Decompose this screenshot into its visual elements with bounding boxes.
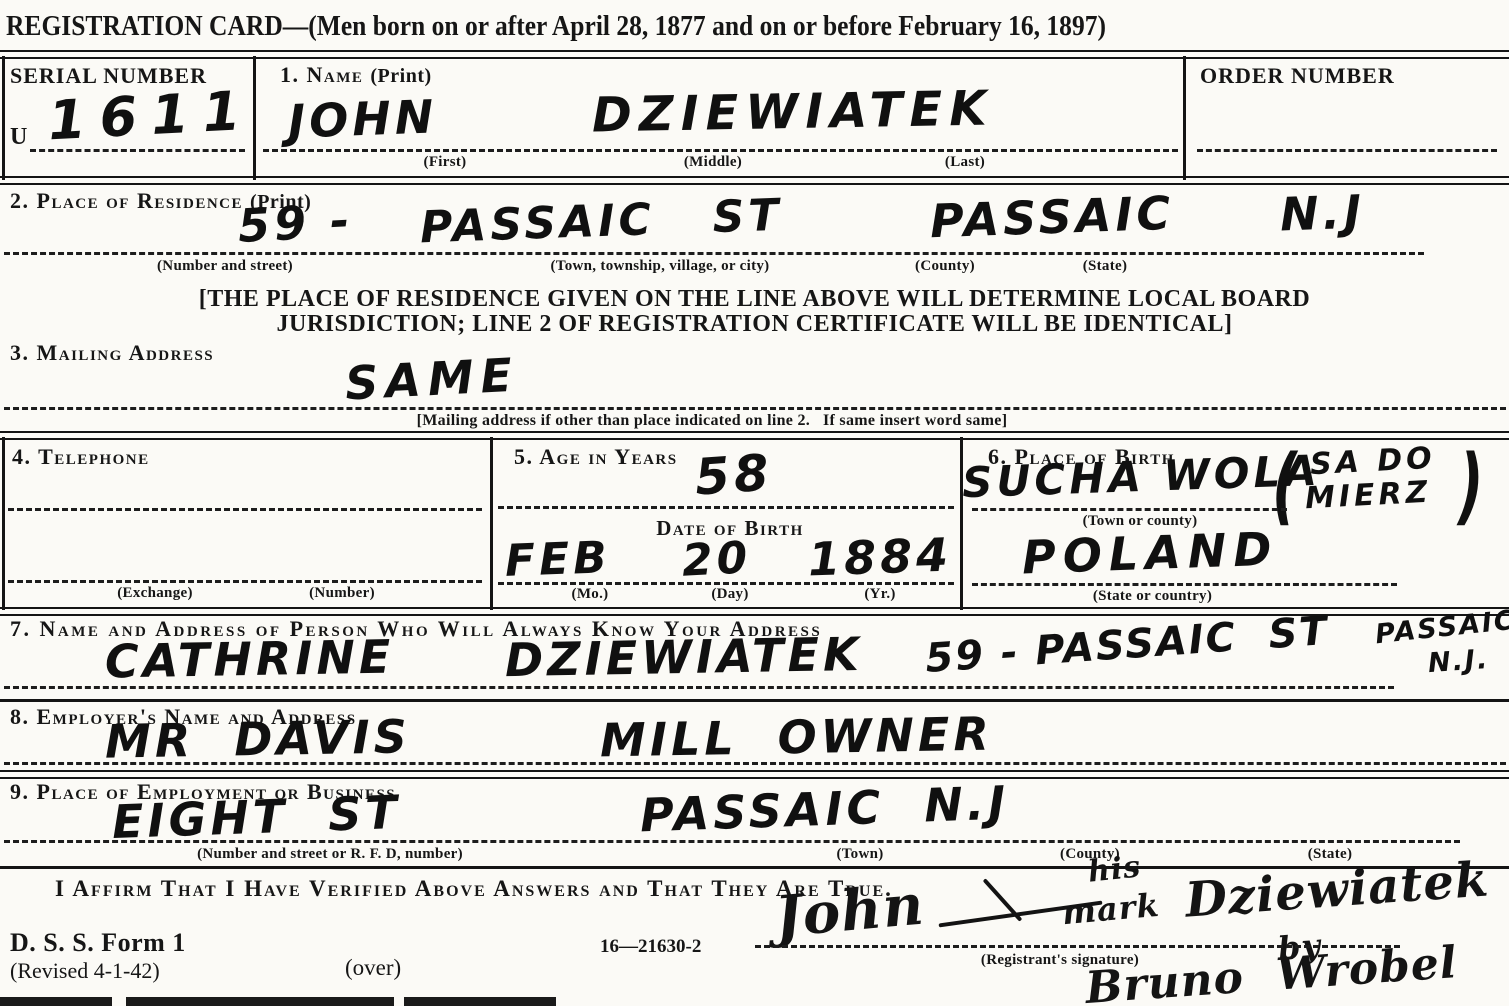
employment-town-caption: (Town)	[800, 846, 920, 863]
mailing-caption: [Mailing address if other than place ind…	[0, 412, 1424, 430]
signature-his: his	[1086, 849, 1142, 889]
dob-month-value: FEB	[504, 532, 611, 587]
row4-left-border	[2, 437, 5, 610]
contact-name-value: CATHRINE	[105, 629, 395, 688]
jurisdiction-notice-line1: [THE PLACE OF RESIDENCE GIVEN ON THE LIN…	[0, 286, 1509, 313]
employment-street-caption: (Number and street or R. F. D, number)	[130, 846, 530, 863]
title-rule	[0, 50, 1509, 59]
row1-bottom-rule	[0, 176, 1509, 185]
serial-dotted-line	[30, 149, 245, 152]
residence-county-value: PASSAIC	[929, 186, 1175, 248]
mailing-dotted-line	[4, 407, 1506, 410]
residence-number-caption: (Number and street)	[130, 258, 320, 275]
telephone-number-caption: (Number)	[272, 585, 412, 602]
employer-name-value: MR DAVIS	[105, 709, 412, 768]
telephone-age-divider	[490, 437, 493, 610]
row7-bottom-rule	[0, 699, 1509, 702]
last-caption: (Last)	[905, 154, 1025, 171]
order-number-label: ORDER NUMBER	[1200, 63, 1395, 89]
signature-first-name: John	[772, 872, 926, 951]
form-name: D. S. S. Form 1	[10, 928, 186, 958]
telephone-label: 4. Telephone	[12, 444, 150, 470]
telephone-dotted-line-2	[8, 580, 482, 583]
exchange-caption: (Exchange)	[80, 585, 230, 602]
scan-artifact-strip-2	[126, 997, 394, 1006]
age-value: 58	[693, 443, 774, 506]
age-label: 5. Age in Years	[514, 444, 678, 470]
row8-bottom-rule	[0, 770, 1509, 779]
name-field-label: 1. Name (Print)	[280, 62, 432, 88]
contact-surname-value: DZIEWIATEK	[505, 627, 863, 687]
scan-artifact-strip-3	[404, 997, 556, 1006]
birthplace-town-dotted-line	[972, 508, 1287, 511]
birthplace-country-value: POLAND	[1021, 522, 1279, 585]
state-or-country-caption: (State or country)	[1045, 588, 1260, 605]
card-title-qualifier: (Men born on or after April 28, 1877 and…	[308, 10, 1106, 42]
contact-state-value: N.J.	[1427, 644, 1490, 679]
residence-street-value: PASSAIC ST	[419, 190, 783, 254]
birthplace-country-dotted-line	[972, 583, 1397, 586]
name-first-value: JOHN	[287, 89, 438, 148]
employment-town-value: PASSAIC N.J	[639, 776, 1010, 843]
registration-card-document: REGISTRATION CARD—(Men born on or after …	[0, 0, 1509, 1006]
year-caption: (Yr.)	[830, 586, 930, 603]
employment-dotted-line	[4, 840, 1460, 843]
residence-number-value: 59 -	[237, 193, 355, 253]
form-revision: (Revised 4-1-42)	[10, 958, 160, 984]
scan-artifact-strip-1	[0, 997, 112, 1006]
dob-dotted-line	[498, 582, 954, 585]
affirmation-statement: I Affirm That I Have Verified Above Answ…	[55, 876, 893, 902]
birthplace-paren-close: )	[1458, 438, 1488, 536]
dob-year-value: 1884	[807, 528, 953, 587]
mailing-label: 3. Mailing Address	[10, 340, 214, 366]
card-title: REGISTRATION CARD—(Men born on or after …	[6, 10, 1106, 43]
registrant-signature-caption: (Registrant's signature)	[940, 952, 1180, 969]
serial-number-value: 1611	[46, 79, 255, 153]
over-note: (over)	[345, 955, 401, 981]
day-caption: (Day)	[680, 586, 780, 603]
signature-mark: mark	[1061, 886, 1162, 932]
birthplace-paren-line2: MIERZ	[1304, 475, 1432, 517]
first-caption: (First)	[395, 154, 495, 171]
jurisdiction-notice-line2: JURISDICTION; LINE 2 OF REGISTRATION CER…	[0, 311, 1509, 338]
name-print-hint: (Print)	[370, 65, 431, 87]
residence-town-caption: (Town, township, village, or city)	[505, 258, 815, 275]
name-last-value: DZIEWIATEK	[592, 81, 994, 144]
age-dotted-line	[498, 506, 954, 509]
residence-label-text: 2. Place of Residence	[10, 188, 243, 213]
employer-dotted-line	[4, 762, 1506, 765]
name-order-divider	[1183, 56, 1186, 180]
middle-caption: (Middle)	[648, 154, 778, 171]
print-code: 16—21630-2	[600, 936, 701, 958]
residence-state-value: N.J	[1279, 185, 1366, 242]
mailing-value: SAME	[344, 347, 521, 410]
residence-county-caption: (County)	[875, 258, 1015, 275]
residence-state-caption: (State)	[1040, 258, 1170, 275]
order-dotted-line	[1197, 149, 1497, 152]
employer-title-value: MILL OWNER	[600, 707, 994, 768]
signature-dotted-line	[755, 945, 1400, 948]
telephone-dotted-line-1	[8, 508, 482, 511]
row1-left-border	[2, 56, 5, 180]
contact-street-value: 59 - PASSAIC ST	[924, 608, 1330, 682]
card-title-main: REGISTRATION CARD—	[6, 10, 308, 42]
contact-dotted-line	[4, 686, 1394, 689]
serial-prefix: U	[10, 124, 27, 151]
name-dotted-line	[263, 149, 1178, 152]
signature-surname: Dziewiatek	[1183, 851, 1490, 928]
dob-day-value: 20	[681, 532, 753, 587]
name-label-text: 1. Name	[280, 62, 363, 87]
month-caption: (Mo.)	[540, 586, 640, 603]
residence-dotted-line	[4, 252, 1424, 255]
